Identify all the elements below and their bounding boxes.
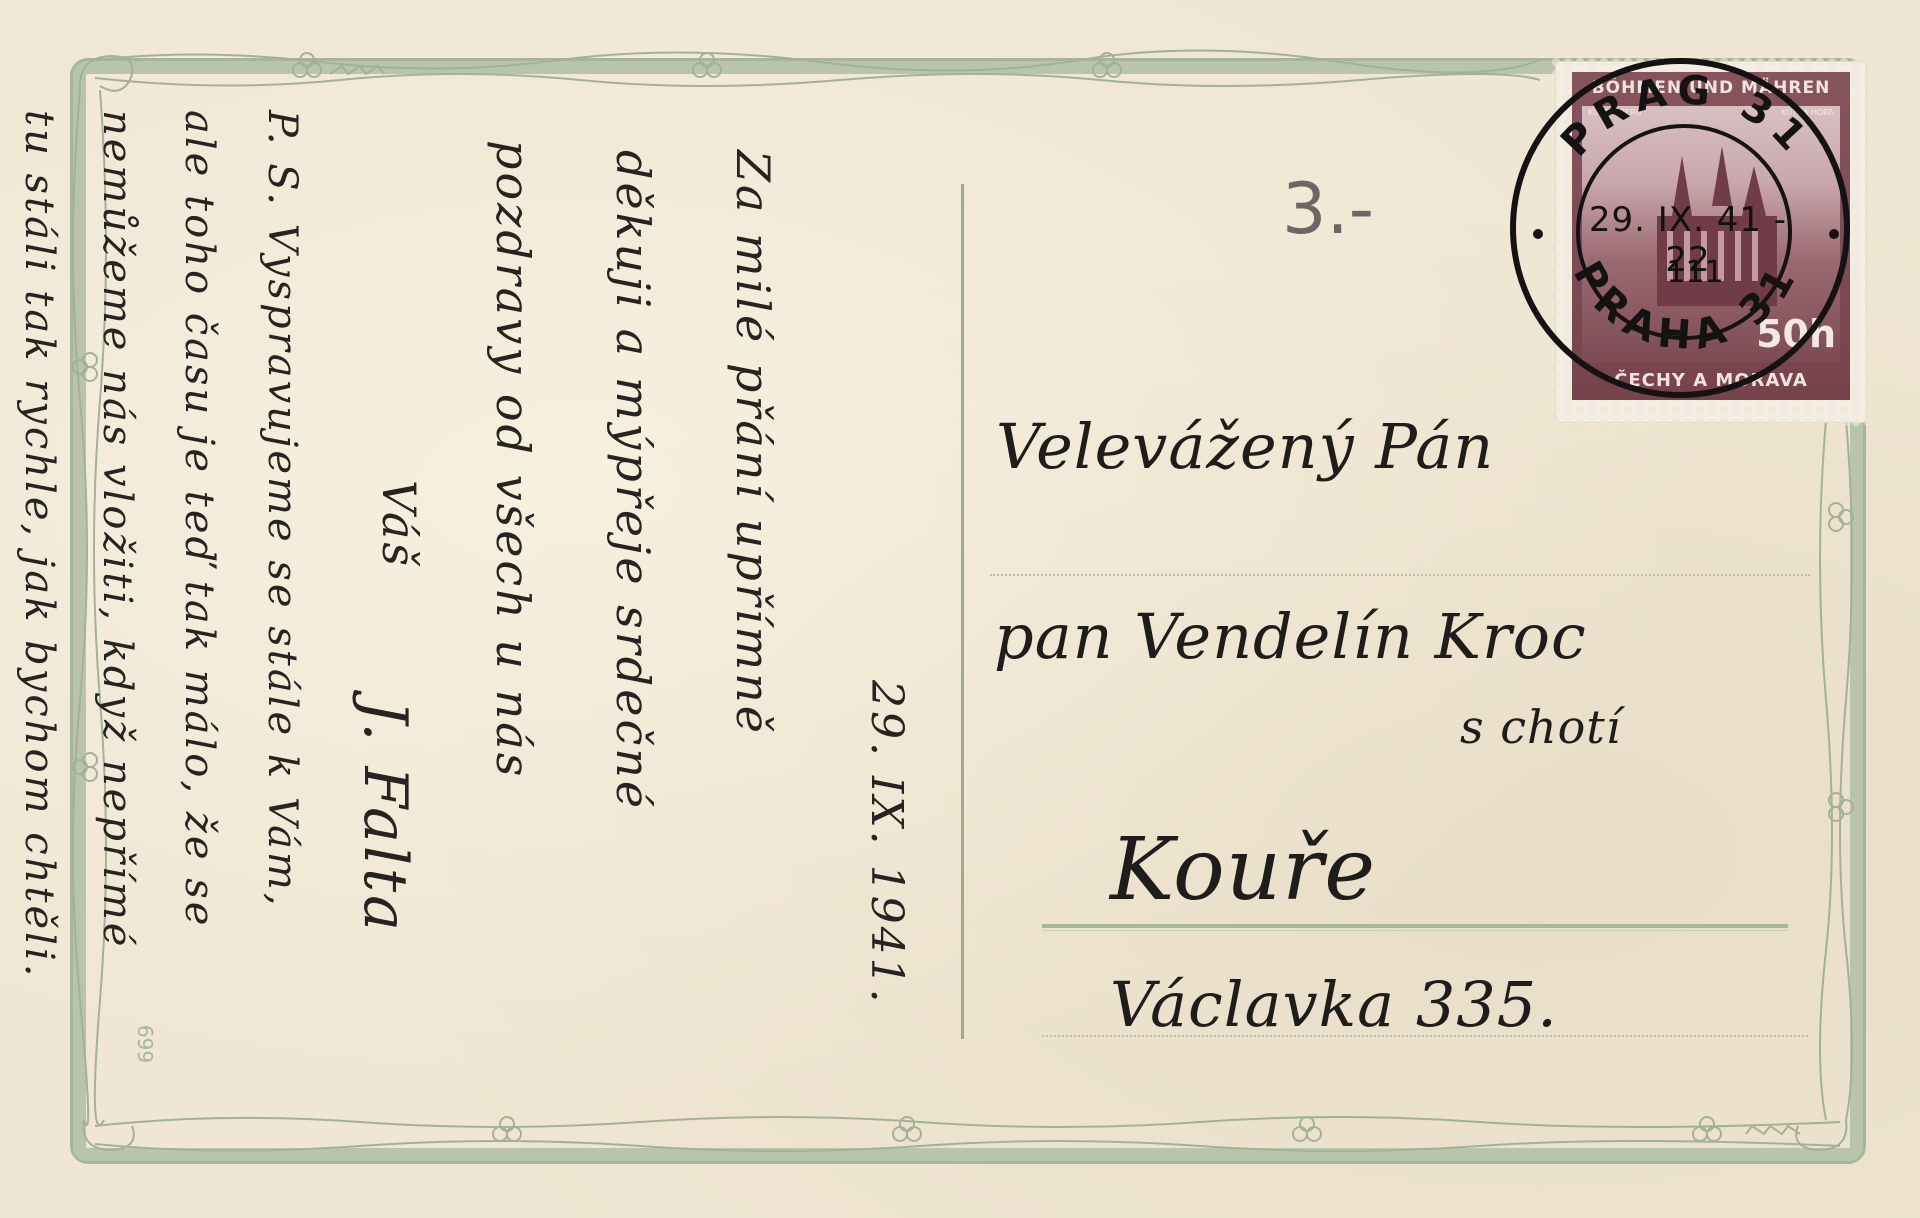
pencil-note: 3.-: [1282, 168, 1374, 250]
address-street: Václavka 335.: [1110, 968, 1558, 1041]
svg-text:PRAG 31: PRAG 31: [1552, 67, 1820, 166]
message-date: 29. IX. 1941.: [861, 680, 912, 1006]
address-salutation: Velevážený Pán: [996, 410, 1494, 483]
postcard: 3.- BÖHMEN UND MÄHREN KUTTENBERG KUTNÁ H…: [0, 0, 1920, 1218]
postscript-line-2: ale toho času je teď tak málo, že se: [176, 110, 222, 928]
message-line-1: Za milé přání upřímně: [726, 150, 780, 736]
postscript-line-1: P. S. Vyspravujeme se stále k Vám,: [259, 110, 305, 909]
postscript-line-3: nemůžeme nás vložiti, když nepřímé: [94, 110, 140, 949]
message-line-3: pozdravy od všech u nás: [486, 140, 540, 779]
address-line-1: [990, 574, 1810, 576]
address-line-3: [1042, 924, 1788, 931]
postscript-line-4: tu stáli tak rychle, jak bychom chtěli.: [16, 110, 62, 979]
address-name: pan Vendelín Kroc: [994, 600, 1587, 673]
address-with-spouse: s chotí: [1460, 700, 1622, 754]
signature: J. Falta: [350, 700, 420, 934]
message-line-2: děkuji a mýpřeje srdečné: [606, 150, 660, 811]
message-line-4: Váš: [372, 480, 426, 569]
address-town: Kouře: [1110, 820, 1376, 920]
postmark-subline: 111: [1640, 255, 1750, 290]
printed-number: 699: [133, 1025, 157, 1063]
center-divider: [961, 184, 964, 1039]
